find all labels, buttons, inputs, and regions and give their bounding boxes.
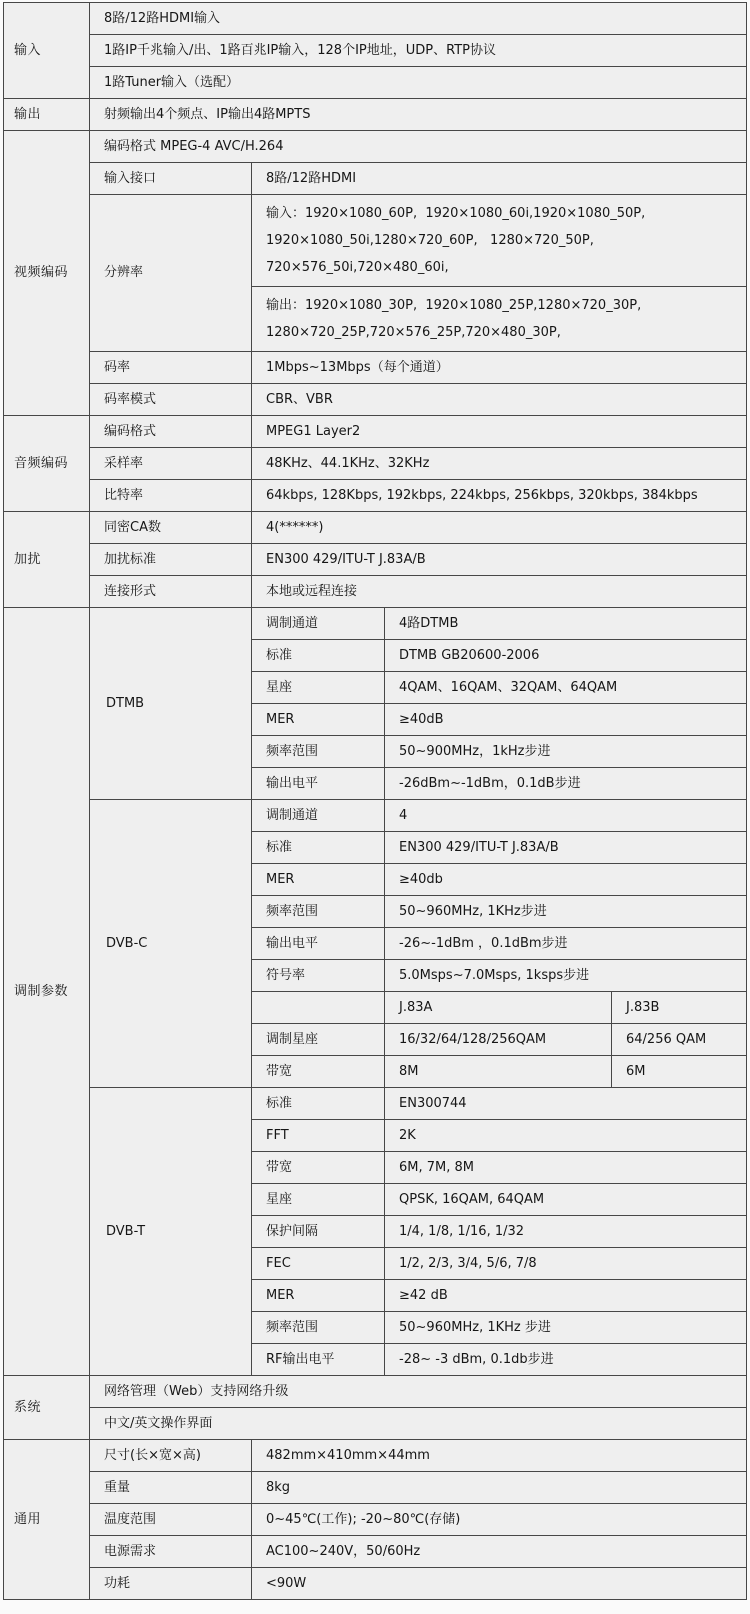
scrambling-standard-value: EN300 429/ITU-T J.83A/B [252, 544, 747, 576]
spec-row: 音频编码编码格式MPEG1 Layer2 [4, 416, 747, 448]
spec-row: 输入接口8路/12路HDMI [4, 163, 747, 195]
video-resolution-label: 分辨率 [90, 195, 252, 352]
audio-format-value: MPEG1 Layer2 [252, 416, 747, 448]
dvbt-rf-output-level-label: RF输出电平 [252, 1344, 385, 1376]
dvbc-mer-label: MER [252, 864, 385, 896]
spec-table-body: 输入8路/12路HDMI输入1路IP千兆输入/出、1路百兆IP输入，128个IP… [4, 3, 747, 1600]
general-temperature-value: 0~45℃(工作); -20~80℃(存储) [252, 1504, 747, 1536]
section-scrambling: 加扰 [4, 512, 90, 608]
ca-count-value: 4(******) [252, 512, 747, 544]
video-resolution-input-value: 输入：1920×1080_60P, 1920×1080_60i,1920×108… [252, 195, 747, 287]
dtmb-constellation-value: 4QAM、16QAM、32QAM、64QAM [385, 672, 747, 704]
video-format-value: 编码格式 MPEG-4 AVC/H.264 [90, 131, 747, 163]
scrambling-standard-label: 加扰标准 [90, 544, 252, 576]
spec-row: 温度范围0~45℃(工作); -20~80℃(存储) [4, 1504, 747, 1536]
dvbc-j83b-bandwidth-value: 6M [612, 1056, 747, 1088]
dvbc-bandwidth-label: 带宽 [252, 1056, 385, 1088]
spec-row: 系统网络管理（Web）支持网络升级 [4, 1376, 747, 1408]
input-hdmi-value: 8路/12路HDMI输入 [90, 3, 747, 35]
dvbc-standard-label: 标准 [252, 832, 385, 864]
dtmb-output-level-value: -26dBm~-1dBm，0.1dB步进 [385, 768, 747, 800]
spec-row: DVB-C调制通道4 [4, 800, 747, 832]
spec-row: 输入8路/12路HDMI输入 [4, 3, 747, 35]
dtmb-mer-value: ≥40dB [385, 704, 747, 736]
system-web-value: 网络管理（Web）支持网络升级 [90, 1376, 747, 1408]
dtmb-output-level-label: 输出电平 [252, 768, 385, 800]
group-dtmb: DTMB [90, 608, 252, 800]
dvbc-output-level-value: -26~-1dBm ，0.1dBm步进 [385, 928, 747, 960]
section-modulation: 调制参数 [4, 608, 90, 1376]
spec-row: 调制参数DTMB调制通道4路DTMB [4, 608, 747, 640]
spec-row: 通用尺寸(长×宽×高)482mm×410mm×44mm [4, 1440, 747, 1472]
dvbt-mer-value: ≥42 dB [385, 1280, 747, 1312]
group-dvbc: DVB-C [90, 800, 252, 1088]
dvbc-channels-value: 4 [385, 800, 747, 832]
spec-row: 视频编码编码格式 MPEG-4 AVC/H.264 [4, 131, 747, 163]
dvbc-j83b-header: J.83B [612, 992, 747, 1024]
dvbt-frequency-range-value: 50~960MHz, 1KHz 步进 [385, 1312, 747, 1344]
dvbt-constellation-label: 星座 [252, 1184, 385, 1216]
section-system: 系统 [4, 1376, 90, 1440]
input-ip-value: 1路IP千兆输入/出、1路百兆IP输入，128个IP地址，UDP、RTP协议 [90, 35, 747, 67]
general-power-value: AC100~240V，50/60Hz [252, 1536, 747, 1568]
spec-row: 电源需求AC100~240V，50/60Hz [4, 1536, 747, 1568]
ca-count-label: 同密CA数 [90, 512, 252, 544]
spec-row: 码率1Mbps~13Mbps（每个通道） [4, 352, 747, 384]
spec-row: 连接形式本地或远程连接 [4, 576, 747, 608]
dvbt-guard-interval-label: 保护间隔 [252, 1216, 385, 1248]
video-input-interface-value: 8路/12路HDMI [252, 163, 747, 195]
section-output: 输出 [4, 99, 90, 131]
output-value: 射频输出4个频点、IP输出4路MPTS [90, 99, 747, 131]
dvbt-fft-value: 2K [385, 1120, 747, 1152]
spec-page: 输入8路/12路HDMI输入1路IP千兆输入/出、1路百兆IP输入，128个IP… [0, 0, 750, 1614]
section-audio-encoding: 音频编码 [4, 416, 90, 512]
spec-row: 重量8kg [4, 1472, 747, 1504]
dvbc-frequency-range-label: 频率范围 [252, 896, 385, 928]
spec-table: 输入8路/12路HDMI输入1路IP千兆输入/出、1路百兆IP输入，128个IP… [3, 2, 747, 1600]
dvbt-guard-interval-value: 1/4, 1/8, 1/16, 1/32 [385, 1216, 747, 1248]
dtmb-standard-label: 标准 [252, 640, 385, 672]
spec-row: 分辨率输入：1920×1080_60P, 1920×1080_60i,1920×… [4, 195, 747, 287]
spec-row: 1路IP千兆输入/出、1路百兆IP输入，128个IP地址，UDP、RTP协议 [4, 35, 747, 67]
dtmb-mer-label: MER [252, 704, 385, 736]
dvbt-fec-label: FEC [252, 1248, 385, 1280]
dvbt-fec-value: 1/2, 2/3, 3/4, 5/6, 7/8 [385, 1248, 747, 1280]
video-bitrate-value: 1Mbps~13Mbps（每个通道） [252, 352, 747, 384]
general-size-label: 尺寸(长×宽×高) [90, 1440, 252, 1472]
spec-row: 中文/英文操作界面 [4, 1408, 747, 1440]
general-consumption-label: 功耗 [90, 1568, 252, 1600]
dtmb-channels-value: 4路DTMB [385, 608, 747, 640]
spec-row: 功耗<90W [4, 1568, 747, 1600]
audio-sample-rate-value: 48KHz、44.1KHz、32KHz [252, 448, 747, 480]
audio-sample-rate-label: 采样率 [90, 448, 252, 480]
dvbc-j83a-header: J.83A [385, 992, 612, 1024]
dvbc-frequency-range-value: 50~960MHz, 1KHz步进 [385, 896, 747, 928]
section-video-encoding: 视频编码 [4, 131, 90, 416]
spec-row: 码率模式CBR、VBR [4, 384, 747, 416]
dvbc-j83a-bandwidth-value: 8M [385, 1056, 612, 1088]
dvbc-j83a-constellation-value: 16/32/64/128/256QAM [385, 1024, 612, 1056]
video-bitrate-mode-label: 码率模式 [90, 384, 252, 416]
connection-type-value: 本地或远程连接 [252, 576, 747, 608]
dvbc-modulation-constellation-label: 调制星座 [252, 1024, 385, 1056]
dvbt-bandwidth-value: 6M, 7M, 8M [385, 1152, 747, 1184]
general-power-label: 电源需求 [90, 1536, 252, 1568]
dvbc-output-level-label: 输出电平 [252, 928, 385, 960]
dvbc-j83-header-spacer [252, 992, 385, 1024]
dtmb-standard-value: DTMB GB20600-2006 [385, 640, 747, 672]
general-size-value: 482mm×410mm×44mm [252, 1440, 747, 1472]
audio-format-label: 编码格式 [90, 416, 252, 448]
dvbt-rf-output-level-value: -28~ -3 dBm, 0.1db步进 [385, 1344, 747, 1376]
dvbt-bandwidth-label: 带宽 [252, 1152, 385, 1184]
dvbc-j83b-constellation-value: 64/256 QAM [612, 1024, 747, 1056]
dvbc-symbol-rate-label: 符号率 [252, 960, 385, 992]
input-tuner-value: 1路Tuner输入（选配） [90, 67, 747, 99]
dtmb-channels-label: 调制通道 [252, 608, 385, 640]
spec-row: 加扰同密CA数4(******) [4, 512, 747, 544]
dvbt-standard-value: EN300744 [385, 1088, 747, 1120]
dvbc-channels-label: 调制通道 [252, 800, 385, 832]
audio-bitrate-value: 64kbps, 128Kbps, 192kbps, 224kbps, 256kb… [252, 480, 747, 512]
dvbc-symbol-rate-value: 5.0Msps~7.0Msps, 1ksps步进 [385, 960, 747, 992]
dtmb-frequency-range-label: 频率范围 [252, 736, 385, 768]
spec-row: 比特率64kbps, 128Kbps, 192kbps, 224kbps, 25… [4, 480, 747, 512]
dvbc-mer-value: ≥40db [385, 864, 747, 896]
dvbt-constellation-value: QPSK, 16QAM, 64QAM [385, 1184, 747, 1216]
spec-row: 1路Tuner输入（选配） [4, 67, 747, 99]
audio-bitrate-label: 比特率 [90, 480, 252, 512]
video-bitrate-label: 码率 [90, 352, 252, 384]
general-temperature-label: 温度范围 [90, 1504, 252, 1536]
spec-row: 采样率48KHz、44.1KHz、32KHz [4, 448, 747, 480]
spec-row: 输出射频输出4个频点、IP输出4路MPTS [4, 99, 747, 131]
dvbt-fft-label: FFT [252, 1120, 385, 1152]
dtmb-constellation-label: 星座 [252, 672, 385, 704]
section-input: 输入 [4, 3, 90, 99]
dvbt-standard-label: 标准 [252, 1088, 385, 1120]
video-input-interface-label: 输入接口 [90, 163, 252, 195]
dvbc-standard-value: EN300 429/ITU-T J.83A/B [385, 832, 747, 864]
dvbt-frequency-range-label: 频率范围 [252, 1312, 385, 1344]
group-dvbt: DVB-T [90, 1088, 252, 1376]
general-weight-label: 重量 [90, 1472, 252, 1504]
dtmb-frequency-range-value: 50~900MHz，1kHz步进 [385, 736, 747, 768]
general-weight-value: 8kg [252, 1472, 747, 1504]
spec-row: 加扰标准EN300 429/ITU-T J.83A/B [4, 544, 747, 576]
video-resolution-output-value: 输出：1920×1080_30P, 1920×1080_25P,1280×720… [252, 287, 747, 352]
connection-type-label: 连接形式 [90, 576, 252, 608]
dvbt-mer-label: MER [252, 1280, 385, 1312]
general-consumption-value: <90W [252, 1568, 747, 1600]
system-language-value: 中文/英文操作界面 [90, 1408, 747, 1440]
video-bitrate-mode-value: CBR、VBR [252, 384, 747, 416]
spec-row: DVB-T标准EN300744 [4, 1088, 747, 1120]
section-general: 通用 [4, 1440, 90, 1600]
